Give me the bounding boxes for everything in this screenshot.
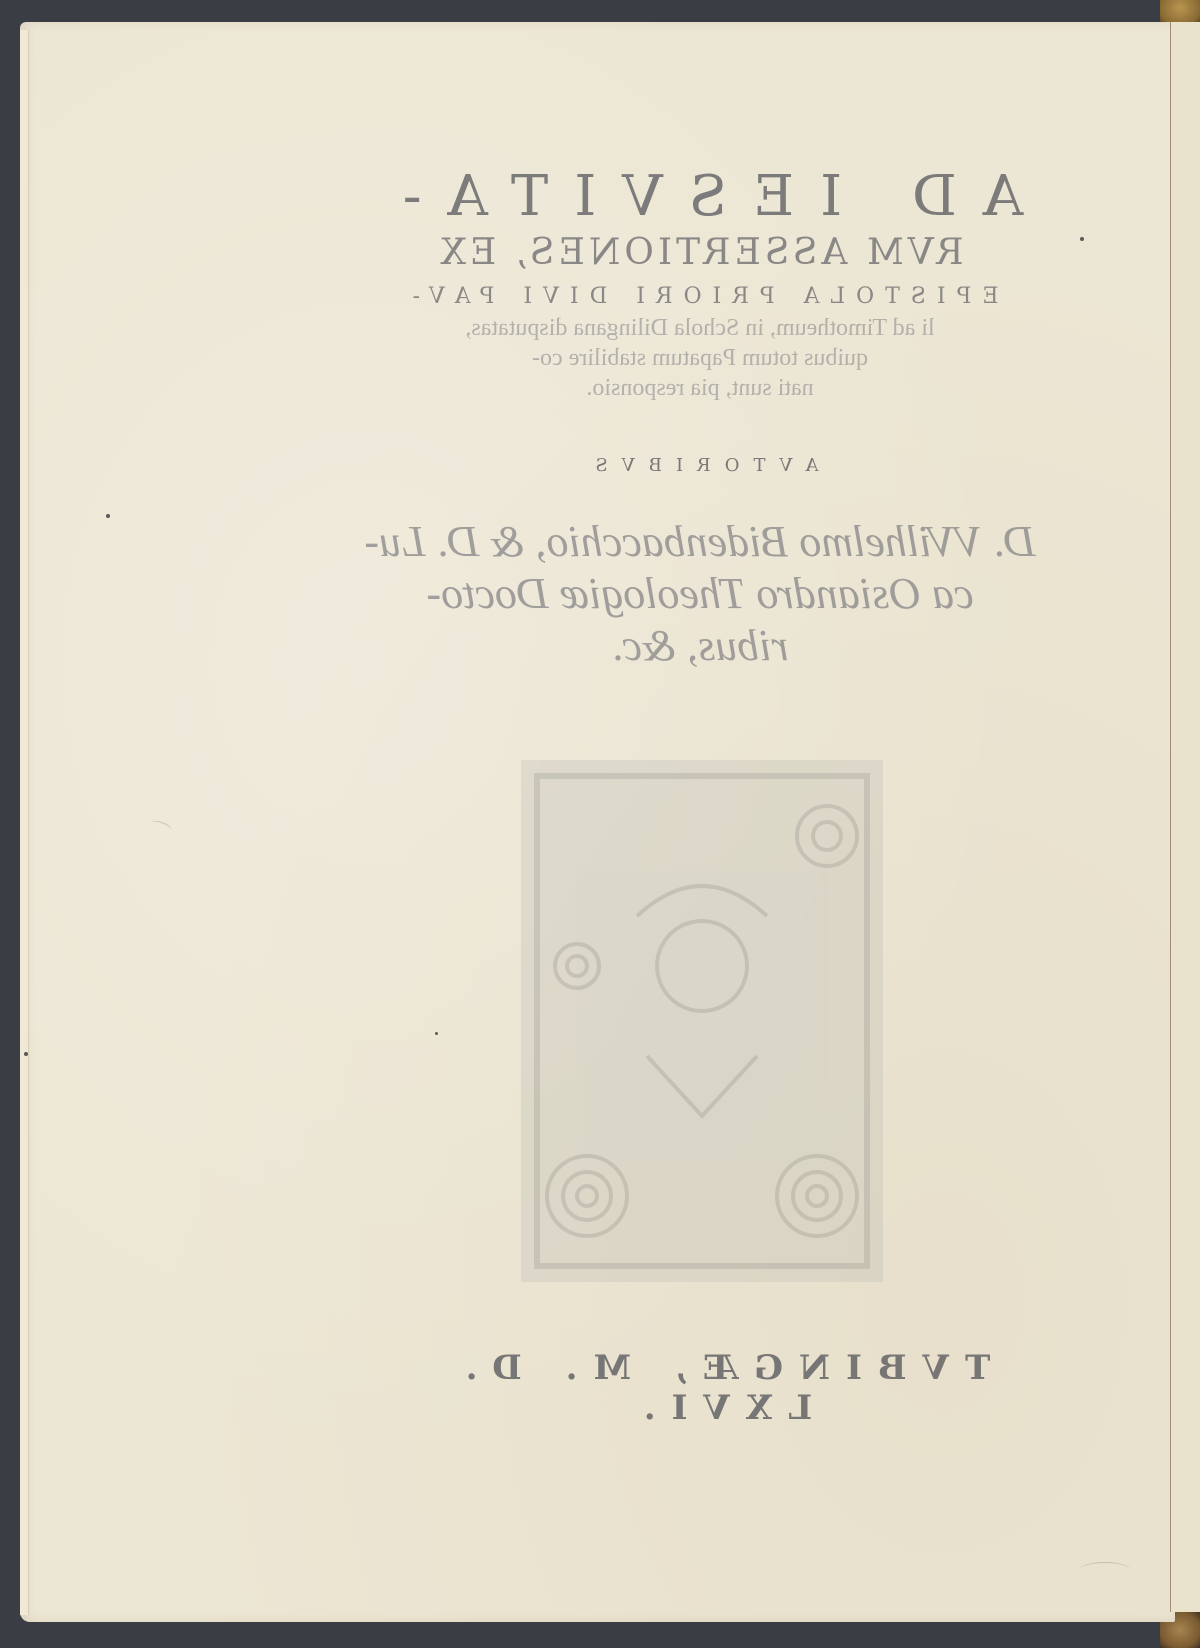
title-text-showthrough: AD IESVITA- RVM ASSERTIONES, EX EPISTOLA…: [330, 165, 1070, 672]
paper-speck: [435, 1032, 438, 1035]
title-line: RVM ASSERTIONES, EX: [330, 231, 1070, 275]
adjacent-leaf-edge: [1170, 22, 1200, 1612]
title-line: EPISTOLA PRIORI DIVI PAV-: [330, 281, 1070, 313]
paper-fiber: [1080, 1562, 1130, 1577]
title-line: AD IESVITA-: [330, 165, 1070, 229]
author-line: ca Osiandro Theologiæ Docto-: [330, 568, 1070, 620]
author-line: ribus, &c.: [330, 620, 1070, 672]
author-line: D. VVilhelmo Bidenbacchio, & D. Lu-: [330, 516, 1070, 568]
title-line: quibus totum Papatum stabilire co-: [330, 343, 1070, 373]
paper-fiber: [149, 819, 173, 835]
woodcut-ornament-icon: [517, 756, 887, 1286]
paper-speck: [1080, 237, 1084, 241]
author-label: AVTORIBVS: [330, 455, 1070, 476]
title-line: li ad Timotheum, in Schola Dilingana dis…: [330, 313, 1070, 343]
page-edge: [20, 30, 29, 1615]
title-line: nati sunt, pia responsio.: [330, 373, 1070, 403]
paper-speck: [24, 1052, 28, 1056]
imprint-line: TVBINGÆ, M. D. LXVI.: [440, 1348, 1000, 1428]
paper-speck: [106, 514, 110, 518]
